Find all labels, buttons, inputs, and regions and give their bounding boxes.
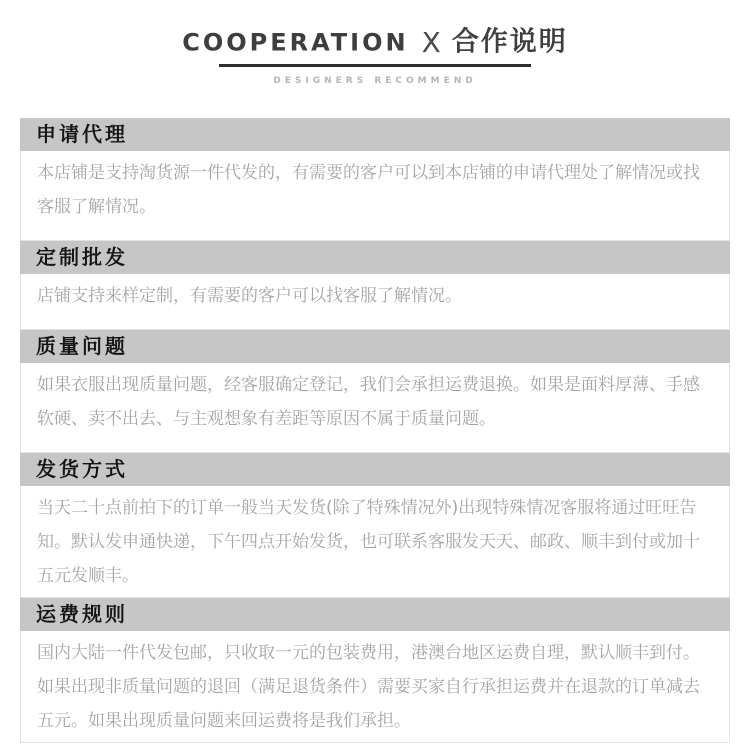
cooperation-info-page: COOPERATIONX合作说明 DESIGNERS RECOMMEND 申请代… (0, 0, 750, 752)
section-title: 发货方式 (20, 453, 730, 486)
section-title: 运费规则 (20, 598, 730, 631)
section-list: 申请代理 本店铺是支持淘货源一件代发的，有需要的客户可以到本店铺的申请代理处了解… (20, 118, 730, 743)
section-shipping-fee-rules: 运费规则 国内大陆一件代发包邮，只收取一元的包装费用，港澳台地区运费自理，默认顺… (20, 598, 730, 743)
section-title: 申请代理 (20, 118, 730, 151)
page-title-english: COOPERATION (182, 29, 408, 57)
section-custom-wholesale: 定制批发 店铺支持来样定制，有需要的客户可以找客服了解情况。 (20, 241, 730, 330)
section-body: 当天二十点前拍下的订单一般当天发货(除了特殊情况外)出现特殊情况客服将通过旺旺告… (20, 486, 730, 598)
section-body: 本店铺是支持淘货源一件代发的，有需要的客户可以到本店铺的申请代理处了解情况或找客… (20, 151, 730, 241)
section-title: 定制批发 (20, 241, 730, 274)
section-paragraph: 国内大陆一件代发包邮，只收取一元的包装费用，港澳台地区运费自理，默认顺丰到付。如… (37, 636, 713, 738)
section-body: 国内大陆一件代发包邮，只收取一元的包装费用，港澳台地区运费自理，默认顺丰到付。如… (20, 631, 730, 743)
page-subtitle: DESIGNERS RECOMMEND (0, 75, 750, 88)
page-header: COOPERATIONX合作说明 DESIGNERS RECOMMEND (0, 0, 750, 88)
page-title-chinese: 合作说明 (452, 27, 568, 58)
page-title: COOPERATIONX合作说明 (182, 25, 568, 60)
section-quality-issues: 质量问题 如果衣服出现质量问题，经客服确定登记，我们会承担运费退换。如果是面料厚… (20, 330, 730, 453)
section-shipping-method: 发货方式 当天二十点前拍下的订单一般当天发货(除了特殊情况外)出现特殊情况客服将… (20, 453, 730, 598)
section-title: 质量问题 (20, 330, 730, 363)
section-paragraph: 当天二十点前拍下的订单一般当天发货(除了特殊情况外)出现特殊情况客服将通过旺旺告… (37, 491, 713, 593)
section-body: 如果衣服出现质量问题，经客服确定登记，我们会承担运费退换。如果是面料厚薄、手感软… (20, 363, 730, 453)
section-apply-agency: 申请代理 本店铺是支持淘货源一件代发的，有需要的客户可以到本店铺的申请代理处了解… (20, 118, 730, 241)
section-paragraph: 店铺支持来样定制，有需要的客户可以找客服了解情况。 (37, 279, 713, 313)
x-separator-icon: X (422, 26, 441, 59)
section-body: 店铺支持来样定制，有需要的客户可以找客服了解情况。 (20, 274, 730, 330)
section-paragraph: 如果衣服出现质量问题，经客服确定登记，我们会承担运费退换。如果是面料厚薄、手感软… (37, 368, 713, 436)
section-paragraph: 本店铺是支持淘货源一件代发的，有需要的客户可以到本店铺的申请代理处了解情况或找客… (37, 156, 713, 224)
title-underline (219, 64, 531, 67)
